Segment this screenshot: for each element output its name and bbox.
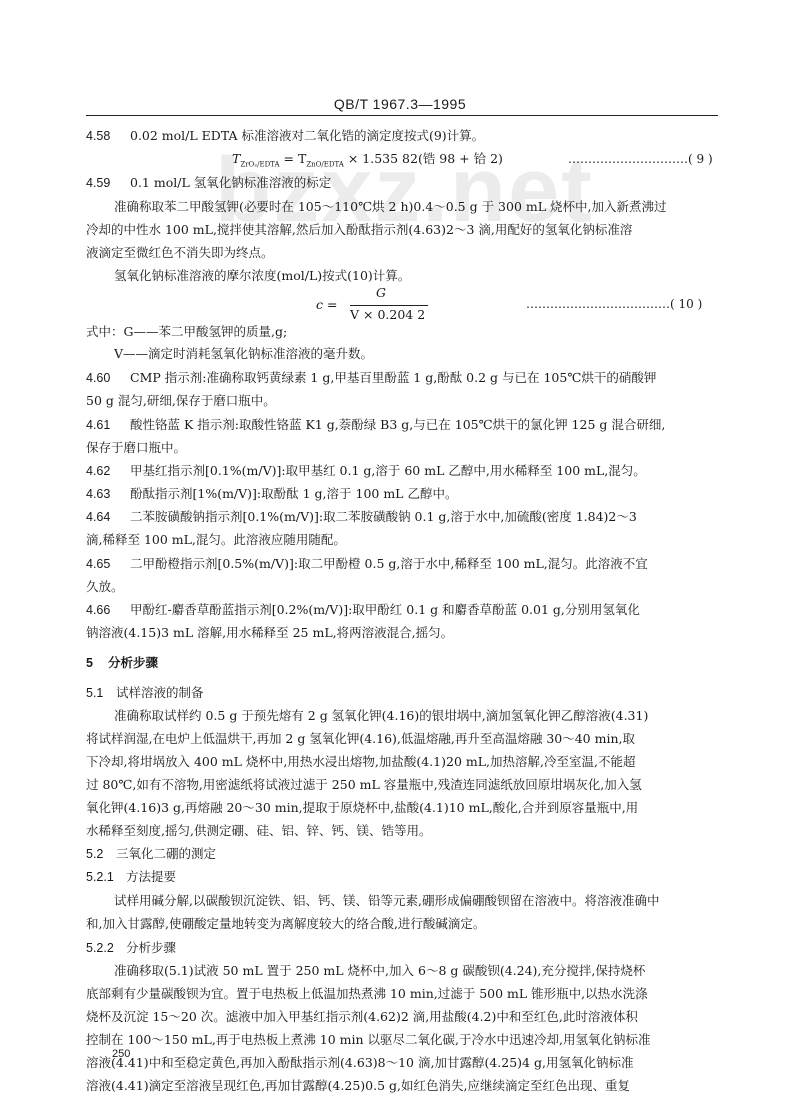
paragraph-line: 氢氧化钠标准溶液的摩尔浓度(mol/L)按式(10)计算。 [114,268,410,284]
section-number: 5.2.2 [86,940,126,956]
section-number: 5 [86,655,108,671]
clause-text: 二甲酚橙指示剂[0.5%(m/V)]:取二甲酚橙 0.5 g,溶于水中,稀释至 … [130,556,648,571]
clause-number: 4.65 [86,556,130,572]
paragraph-line: 烧杯及沉淀 15～20 次。滤液中加入甲基红指示剂(4.62)2 滴,用盐酸(4… [86,1009,638,1025]
formula-9-leader: …………………………( 9 ) [568,152,713,166]
clause-number: 4.58 [86,128,130,144]
clause-text: 甲酚红-麝香草酚蓝指示剂[0.2%(m/V)]:取甲酚红 0.1 g 和麝香草酚… [130,602,640,617]
clause-text: 酸性铬蓝 K 指示剂:取酸性铬蓝 K1 g,萘酚绿 B3 g,与已在 105℃烘… [130,417,665,432]
equation-label-9: ( 9 ) [688,152,713,166]
clause-4-65: 4.65二甲酚橙指示剂[0.5%(m/V)]:取二甲酚橙 0.5 g,溶于水中,… [86,556,648,572]
paragraph-line: 冷却的中性水 100 mL,搅拌使其溶解,然后加入酚酞指示剂(4.63)2～3 … [86,222,632,238]
clause-text-cont: 钠溶液(4.15)3 mL 溶解,用水稀释至 25 mL,将两溶液混合,摇匀。 [86,625,453,641]
section-title: 分析步骤 [108,656,158,670]
clause-number: 4.64 [86,509,130,525]
clause-4-60: 4.60CMP 指示剂:准确称取钙黄绿素 1 g,甲基百里酚蓝 1 g,酚酞 0… [86,370,656,386]
paragraph-line: 底部剩有少量碳酸钡为宜。置于电热板上低温加热煮沸 10 min,过滤于 500 … [86,986,648,1002]
clause-text: CMP 指示剂:准确称取钙黄绿素 1 g,甲基百里酚蓝 1 g,酚酞 0.2 g… [130,370,656,385]
clause-number: 4.66 [86,602,130,618]
formula-rhs-sub: ZnO/EDTA [306,161,344,169]
formula-rhs: = T [284,151,307,166]
section-title: 分析步骤 [126,940,176,955]
formula-10-leader: ………………………………( 10 ) [526,297,702,311]
clause-4-66: 4.66甲酚红-麝香草酚蓝指示剂[0.2%(m/V)]:取甲酚红 0.1 g 和… [86,602,640,618]
clause-4-58: 4.580.02 mol/L EDTA 标准溶液对二氧化锆的滴定度按式(9)计算… [86,128,484,144]
leader-dots: ……………………………… [526,297,670,311]
clause-4-64: 4.64二苯胺磺酸钠指示剂[0.1%(m/V)]:取二苯胺磺酸钠 0.1 g,溶… [86,509,637,525]
clause-text: 二苯胺磺酸钠指示剂[0.1%(m/V)]:取二苯胺磺酸钠 0.1 g,溶于水中,… [130,509,637,524]
clause-text-cont: 50 g 混匀,研细,保存于磨口瓶中。 [86,393,276,409]
document-page: bzxz.net QB/T 1967.3—1995 4.580.02 mol/L… [0,0,800,1103]
clause-text-cont: 保存于磨口瓶中。 [86,440,186,456]
section-5-2-heading: 5.2三氧化二硼的测定 [86,846,216,862]
clause-number: 4.63 [86,486,130,502]
formula-numerator: G [376,285,386,300]
clause-text: 0.02 mol/L EDTA 标准溶液对二氧化锆的滴定度按式(9)计算。 [130,128,484,143]
paragraph-line: 准确称取试样约 0.5 g 于预先熔有 2 g 氢氧化钾(4.16)的银坩埚中,… [114,708,648,724]
section-title: 三氧化二硼的测定 [116,846,216,861]
paragraph-line: 和,加入甘露醇,使硼酸定量地转变为离解度较大的络合酸,进行酸碱滴定。 [86,916,485,932]
clause-text: 酚酞指示剂[1%(m/V)]:取酚酞 1 g,溶于 100 mL 乙醇中。 [130,486,457,501]
clause-text-cont: 久放。 [86,579,124,595]
equation-label-10: ( 10 ) [670,297,702,311]
clause-number: 4.61 [86,417,130,433]
paragraph-line: 下冷却,将坩埚放入 400 mL 烧杯中,用热水浸出熔物,加盐酸(4.1)20 … [86,754,635,770]
paragraph-line: 试样用碱分解,以碳酸钡沉淀铁、铝、钙、镁、铅等元素,硼形成偏硼酸钡留在溶液中。将… [114,893,659,909]
paragraph-line: 准确称取苯二甲酸氢钾(必要时在 105～110℃烘 2 h)0.4～0.5 g … [114,199,667,215]
where-line: V——滴定时消耗氢氧化钠标准溶液的毫升数。 [114,346,373,362]
paragraph-line: 控制在 100～150 mL,再于电热板上煮沸 10 min 以驱尽二氧化碳,于… [86,1032,650,1048]
paragraph-line: 氧化钾(4.16)3 g,再熔融 20～30 min,提取于原烧杯中,盐酸(4.… [86,800,638,816]
section-5-2-2-heading: 5.2.2分析步骤 [86,940,176,956]
formula-tail: × 1.535 82(锆 98 + 铪 2) [348,151,503,166]
clause-number: 4.59 [86,175,130,191]
section-number: 5.1 [86,685,116,701]
paragraph-line: 液滴定至微红色不消失即为终点。 [86,245,274,261]
header-divider [86,115,718,116]
section-title: 试样溶液的制备 [116,685,204,700]
paragraph-line: 水稀释至刻度,摇匀,供测定硼、硅、铝、锌、钙、镁、锆等用。 [86,823,431,839]
standard-code-header: QB/T 1967.3—1995 [0,96,800,112]
formula-9: TZrO₂/EDTA = TZnO/EDTA × 1.535 82(锆 98 +… [232,151,503,173]
clause-number: 4.62 [86,463,130,479]
section-number: 5.2.1 [86,869,126,885]
section-number: 5.2 [86,846,116,862]
clause-text: 甲基红指示剂[0.1%(m/V)]:取甲基红 0.1 g,溶于 60 mL 乙醇… [130,463,646,478]
clause-text: 0.1 mol/L 氢氧化钠标准溶液的标定 [130,175,331,190]
clause-text-cont: 滴,稀释至 100 mL,混匀。此溶液应随用随配。 [86,532,346,548]
where-line: 式中：G——苯二甲酸氢钾的质量,g; [86,324,287,340]
section-5-1-heading: 5.1试样溶液的制备 [86,685,204,701]
formula-denominator: V × 0.204 2 [350,307,425,322]
clause-4-62: 4.62甲基红指示剂[0.1%(m/V)]:取甲基红 0.1 g,溶于 60 m… [86,463,646,479]
fraction-bar [350,305,428,306]
clause-4-59: 4.590.1 mol/L 氢氧化钠标准溶液的标定 [86,175,331,191]
clause-4-63: 4.63酚酞指示剂[1%(m/V)]:取酚酞 1 g,溶于 100 mL 乙醇中… [86,486,457,502]
clause-4-61: 4.61酸性铬蓝 K 指示剂:取酸性铬蓝 K1 g,萘酚绿 B3 g,与已在 1… [86,417,665,433]
section-title: 方法提要 [126,869,176,884]
clause-number: 4.60 [86,370,130,386]
paragraph-line: 溶液(4.41)中和至稳定黄色,再加入酚酞指示剂(4.63)8～10 滴,加甘露… [86,1055,633,1071]
leader-dots: ………………………… [568,152,688,166]
paragraph-line: 将试样润湿,在电炉上低温烘干,再加 2 g 氢氧化钾(4.16),低温熔融,再升… [86,731,635,747]
paragraph-line: 溶液(4.41)滴定至溶液呈现红色,再加甘露醇(4.25)0.5 g,如红色消失… [86,1078,630,1094]
section-5-2-1-heading: 5.2.1方法提要 [86,869,176,885]
formula-lhs-sub: ZrO₂/EDTA [240,161,279,169]
paragraph-line: 准确移取(5.1)试液 50 mL 置于 250 mL 烧杯中,加入 6～8 g… [114,963,645,979]
paragraph-line: 过 80℃,如有不溶物,用密滤纸将试液过滤于 250 mL 容量瓶中,残渣连同滤… [86,777,642,793]
formula-lhs: c = [316,297,337,312]
section-5-heading: 5分析步骤 [86,655,158,671]
